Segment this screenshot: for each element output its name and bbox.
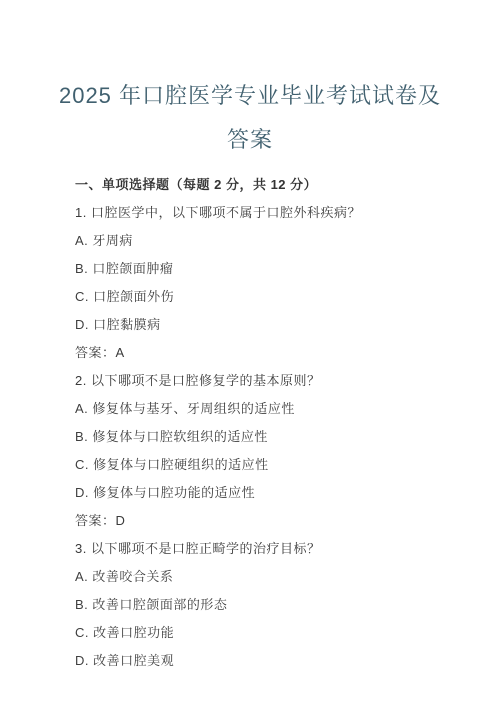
question-2-option-c: C. 修复体与口腔硬组织的适应性 bbox=[75, 458, 440, 472]
question-2-option-a: A. 修复体与基牙、牙周组织的适应性 bbox=[75, 402, 440, 416]
question-2-option-d: D. 修复体与口腔功能的适应性 bbox=[75, 486, 440, 500]
question-2-answer: 答案：D bbox=[75, 514, 440, 528]
question-3-option-a: A. 改善咬合关系 bbox=[75, 570, 440, 584]
question-3-stem: 3. 以下哪项不是口腔正畸学的治疗目标？ bbox=[75, 542, 440, 556]
question-3-option-d: D. 改善口腔美观 bbox=[75, 654, 440, 668]
exam-title: 2025 年口腔医学专业毕业考试试卷及 答案 bbox=[0, 0, 500, 162]
exam-title-line2: 答案 bbox=[0, 118, 500, 162]
exam-document-page: 2025 年口腔医学专业毕业考试试卷及 答案 一、单项选择题（每题 2 分，共 … bbox=[0, 0, 500, 707]
question-2-option-b: B. 修复体与口腔软组织的适应性 bbox=[75, 430, 440, 444]
exam-title-line1: 2025 年口腔医学专业毕业考试试卷及 bbox=[0, 74, 500, 118]
question-1-stem: 1. 口腔医学中，以下哪项不属于口腔外科疾病？ bbox=[75, 206, 440, 220]
section-heading: 一、单项选择题（每题 2 分，共 12 分） bbox=[75, 178, 440, 192]
question-3-option-b: B. 改善口腔颌面部的形态 bbox=[75, 598, 440, 612]
exam-body: 一、单项选择题（每题 2 分，共 12 分） 1. 口腔医学中，以下哪项不属于口… bbox=[0, 162, 500, 668]
question-1-option-a: A. 牙周病 bbox=[75, 234, 440, 248]
question-1-option-b: B. 口腔颌面肿瘤 bbox=[75, 262, 440, 276]
question-3-option-c: C. 改善口腔功能 bbox=[75, 626, 440, 640]
question-2-stem: 2. 以下哪项不是口腔修复学的基本原则？ bbox=[75, 374, 440, 388]
question-1-option-d: D. 口腔黏膜病 bbox=[75, 318, 440, 332]
question-1-answer: 答案：A bbox=[75, 346, 440, 360]
question-1-option-c: C. 口腔颌面外伤 bbox=[75, 290, 440, 304]
